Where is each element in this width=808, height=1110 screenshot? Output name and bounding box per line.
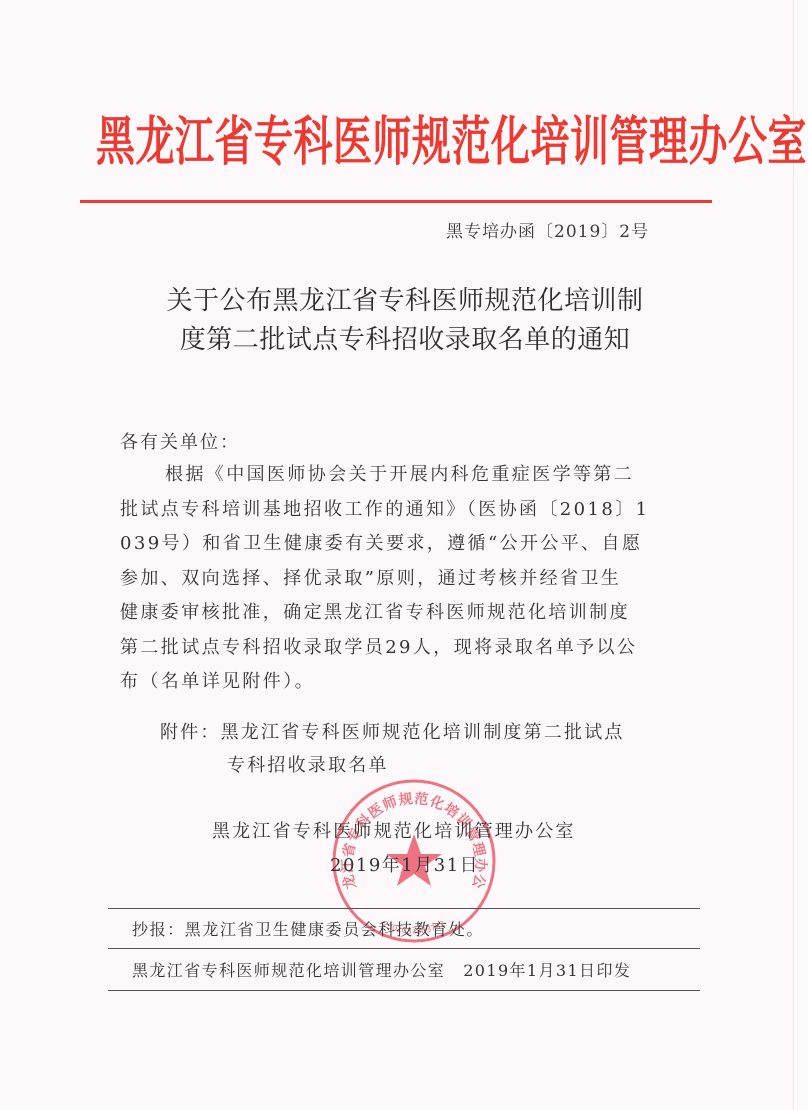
attachment-note: 附件：黑龙江省专科医师规范化培训制度第二批试点 专科招收录取名单 [160,716,625,782]
attachment-line: 黑龙江省专科医师规范化培训制度第二批试点 [221,722,625,743]
salutation: 各有关单位： [120,428,240,454]
attachment-label: 附件： [160,722,221,743]
body-paragraph: 根据《中国医师协会关于开展内科危重症医学等第二 批试点专科培训基地招收工作的通知… [120,458,690,700]
body-line: 根据《中国医师协会关于开展内科危重症医学等第二 [120,458,690,493]
print-info: 黑龙江省专科医师规范化培训管理办公室2019年1月31日印发 [132,958,631,981]
body-line: 第二批试点专科招收录取学员29人，现将录取名单予以公 [120,631,690,666]
footer-divider-middle [108,948,700,949]
masthead-red-rule [80,200,712,203]
document-title-line: 关于公布黑龙江省专科医师规范化培训制 [120,282,690,321]
signature-date: 2019年1月31日 [330,851,479,877]
body-line: 布（名单详见附件）。 [120,665,690,700]
document-number: 黑专培办函〔2019〕2号 [446,217,649,242]
cc-recipients: 抄报：黑龙江省卫生健康委员会科技教育处。 [132,917,484,940]
body-line: 批试点专科培训基地招收工作的通知》（医协函〔2018〕1 [120,493,690,528]
document-title: 关于公布黑龙江省专科医师规范化培训制 度第二批试点专科招收录取名单的通知 [120,282,690,360]
footer-divider-bottom [108,990,700,991]
printed-date: 2019年1月31日印发 [463,961,631,980]
signature-organization: 黑龙江省专科医师规范化培训管理办公室 [212,817,576,843]
printed-by: 黑龙江省专科医师规范化培训管理办公室 [132,961,445,980]
footer-divider-top [108,908,700,909]
document-title-line: 度第二批试点专科招收录取名单的通知 [120,321,690,360]
masthead-title: 黑龙江省专科医师规范化培训管理办公室 [96,100,706,176]
body-line: 健康委审核批准，确定黑龙江省专科医师规范化培训制度 [120,596,690,631]
body-line: 参加、双向选择、择优录取”原则，通过考核并经省卫生 [120,562,690,597]
body-line: 039号）和省卫生健康委有关要求，遵循“公开公平、自愿 [120,527,690,562]
